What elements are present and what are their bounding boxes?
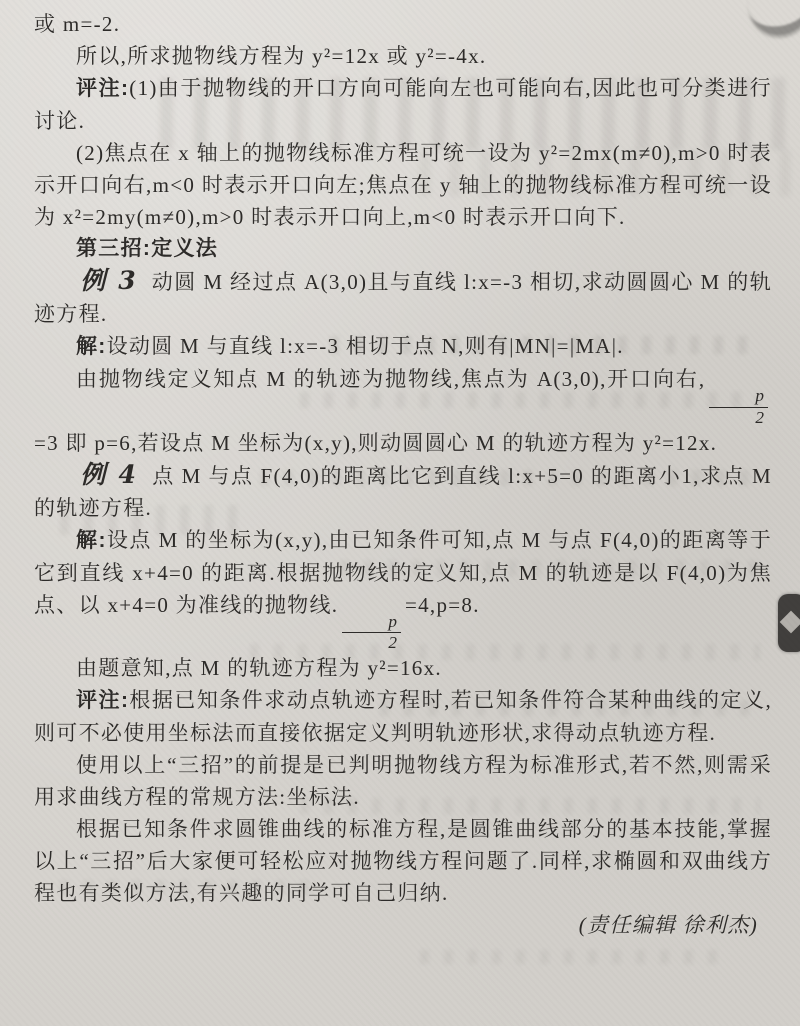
paragraph-remark-1: 评注:(1)由于抛物线的开口方向可能向左也可能向右,因此也可分类进行讨论.	[34, 72, 772, 137]
article-body: 或 m=-2. 所以,所求抛物线方程为 y²=12x 或 y²=-4x. 评注:…	[0, 0, 800, 941]
bleedthrough-texture	[420, 950, 720, 964]
fraction-numerator: p	[342, 613, 401, 633]
paragraph-example-3-solution-2: 由抛物线定义知点 M 的轨迹为抛物线,焦点为 A(3,0),开口向右,p2=3 …	[34, 363, 772, 459]
editor-credit: (责任编辑 徐利杰)	[34, 909, 772, 941]
paragraph-closing-2: 根据已知条件求圆锥曲线的标准方程,是圆锥曲线部分的基本技能,掌握以上“三招”后大…	[34, 813, 772, 909]
remark-1-text: (1)由于抛物线的开口方向可能向左也可能向右,因此也可分类进行讨论.	[34, 76, 772, 133]
remark-final-label: 评注:	[76, 689, 129, 712]
fraction-numerator: p	[709, 387, 768, 407]
fraction-p-over-2: p2	[709, 387, 768, 426]
paragraph-example-4-problem: 例 4点 M 与点 F(4,0)的距离比它到直线 l:x+5=0 的距离小1,求…	[34, 459, 772, 524]
paragraph-example-3-solution-1: 解:设动圆 M 与直线 l:x=-3 相切于点 N,则有|MN|=|MA|.	[34, 330, 772, 363]
example-3-solution-1-text: 设动圆 M 与直线 l:x=-3 相切于点 N,则有|MN|=|MA|.	[107, 334, 624, 358]
example-3-solution-2-post: =3 即 p=6,若设点 M 坐标为(x,y),则动圆圆心 M 的轨迹方程为 y…	[34, 431, 717, 455]
paragraph-closing-1: 使用以上“三招”的前提是已判明抛物线方程为标准形式,若不然,则需采用求曲线方程的…	[34, 749, 772, 813]
fraction-denominator: 2	[713, 408, 764, 427]
example-4-problem-text: 点 M 与点 F(4,0)的距离比它到直线 l:x+5=0 的距离小1,求点 M…	[34, 464, 772, 520]
example-4-label: 例 4	[80, 460, 138, 489]
example-4-solution-1-post: =4,p=8.	[405, 593, 480, 617]
example-4-solution-1-pre: 设点 M 的坐标为(x,y),由已知条件可知,点 M 与点 F(4,0)的距离等…	[34, 528, 772, 617]
paragraph-remark-2: (2)焦点在 x 轴上的抛物线标准方程可统一设为 y²=2mx(m≠0),m>0…	[34, 137, 772, 233]
example-3-label: 例 3	[80, 266, 137, 295]
fraction-p-over-2: p2	[342, 613, 401, 652]
paragraph-or-m: 或 m=-2.	[34, 8, 772, 40]
remark-final-text: 根据已知条件求动点轨迹方程时,若已知条件符合某种曲线的定义,则可不必使用坐标法而…	[34, 688, 772, 745]
example-3-solution-label: 解:	[76, 335, 107, 358]
paragraph-example-3-problem: 例 3动圆 M 经过点 A(3,0)且与直线 l:x=-3 相切,求动圆圆心 M…	[34, 265, 772, 330]
paragraph-example-4-solution-2: 由题意知,点 M 的轨迹方程为 y²=16x.	[34, 652, 772, 684]
example-4-solution-label: 解:	[76, 529, 107, 552]
section-heading-method-3: 第三招:定义法	[34, 233, 772, 265]
scanned-page: 或 m=-2. 所以,所求抛物线方程为 y²=12x 或 y²=-4x. 评注:…	[0, 0, 800, 1026]
paragraph-example-4-solution-1: 解:设点 M 的坐标为(x,y),由已知条件可知,点 M 与点 F(4,0)的距…	[34, 524, 772, 653]
paragraph-remark-final: 评注:根据已知条件求动点轨迹方程时,若已知条件符合某种曲线的定义,则可不必使用坐…	[34, 684, 772, 749]
paragraph-conclusion: 所以,所求抛物线方程为 y²=12x 或 y²=-4x.	[34, 40, 772, 72]
example-3-solution-2-pre: 由抛物线定义知点 M 的轨迹为抛物线,焦点为 A(3,0),开口向右,	[76, 367, 705, 391]
remark-1-label: 评注:	[76, 77, 129, 100]
example-3-problem-text: 动圆 M 经过点 A(3,0)且与直线 l:x=-3 相切,求动圆圆心 M 的轨…	[34, 270, 772, 326]
fraction-denominator: 2	[346, 633, 397, 652]
